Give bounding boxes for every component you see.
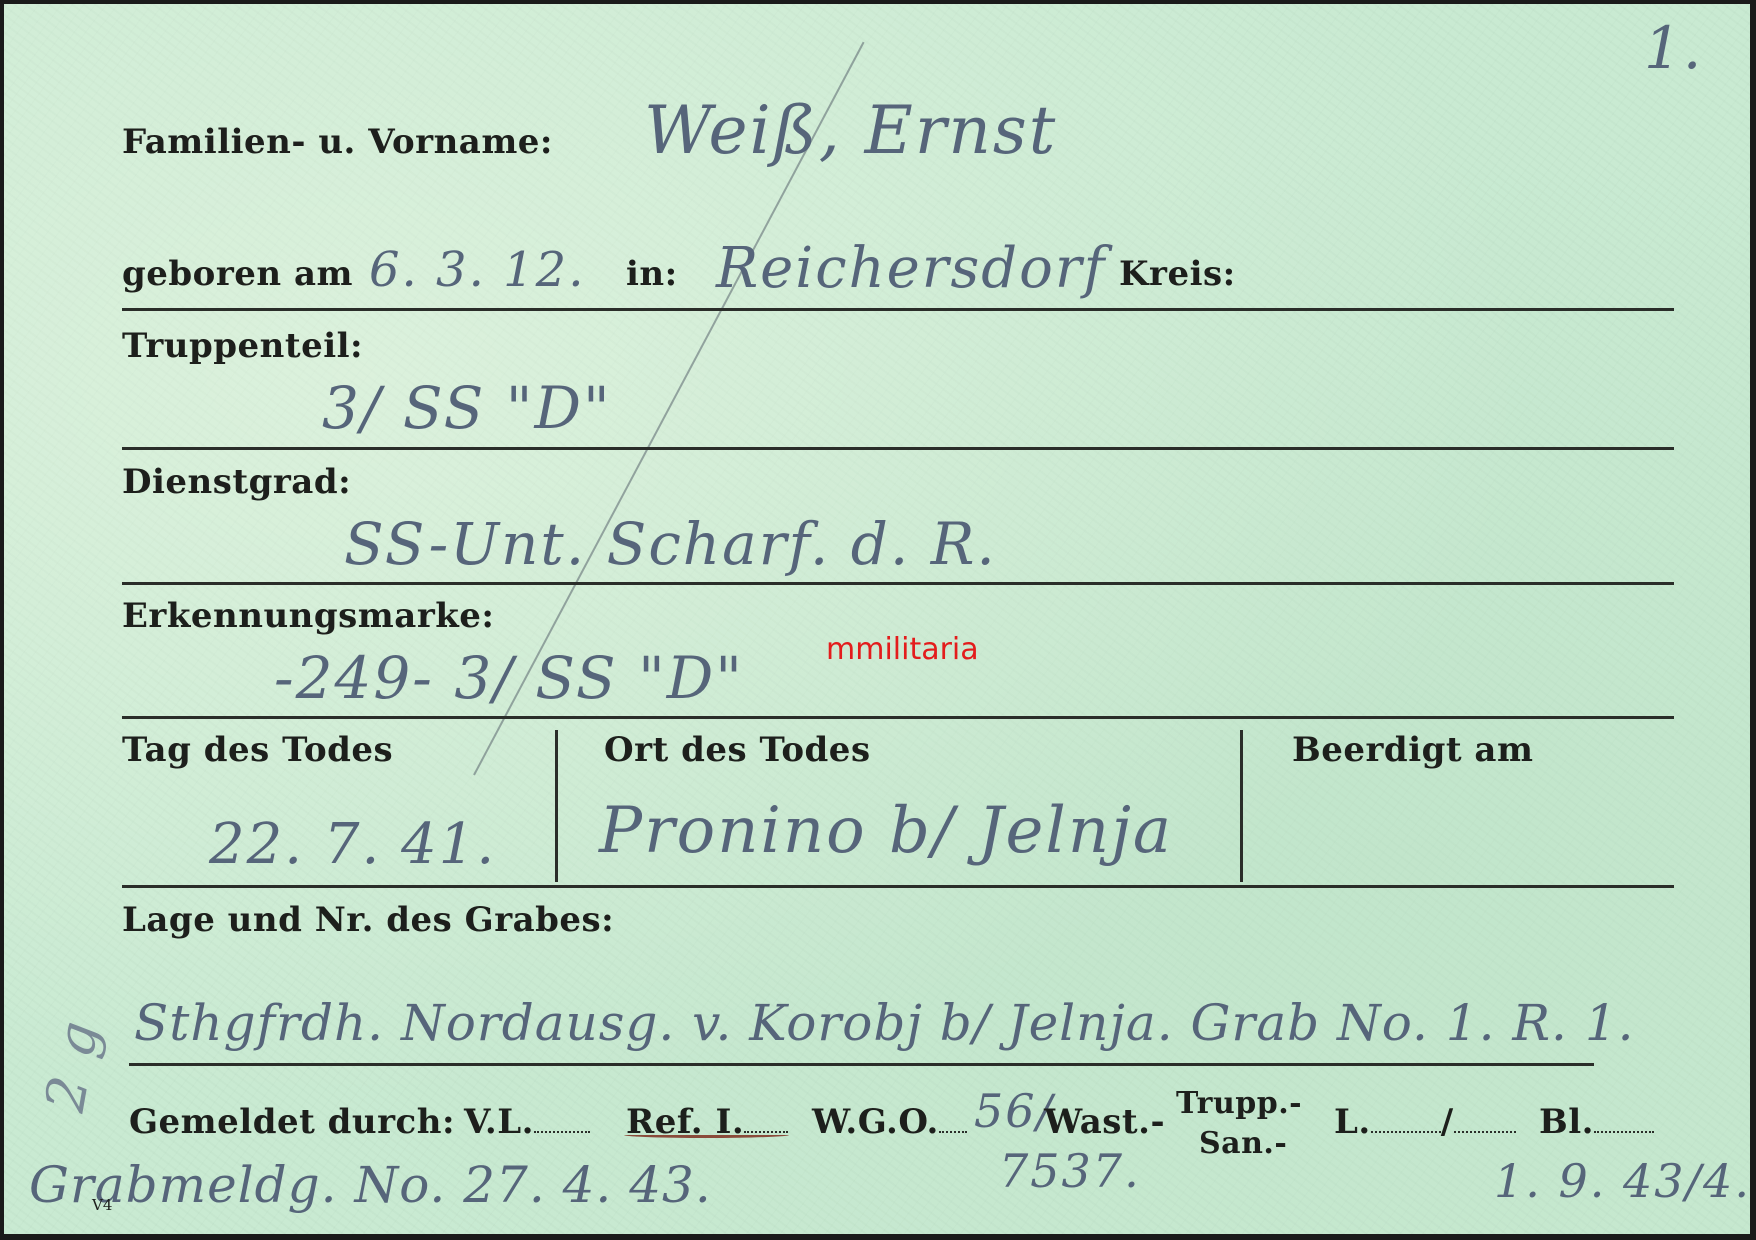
wgo-label: W.G.O. <box>812 1102 967 1142</box>
wgo-text: W.G.O. <box>812 1102 939 1142</box>
rule-grave <box>129 1063 1594 1066</box>
reported-by-label: Gemeldet durch: <box>129 1102 455 1142</box>
bl-label: Bl. <box>1539 1102 1654 1142</box>
death-place-value: Pronino b/ Jelnja <box>599 794 1173 868</box>
id-tag-value: -249- 3/ SS "D" <box>274 644 744 712</box>
trupp-label: Trupp.- <box>1176 1086 1302 1121</box>
form-code: V4 <box>92 1196 112 1214</box>
vl-text: V.L. <box>464 1102 534 1142</box>
l-text: L. <box>1334 1102 1371 1142</box>
born-in-value: Reichersdorf <box>716 236 1106 301</box>
born-on-value: 6. 3. 12. <box>369 242 585 298</box>
name-value: Weiß, Ernst <box>644 92 1057 169</box>
rule-rank <box>122 582 1674 585</box>
rule-death <box>122 885 1674 888</box>
rank-label: Dienstgrad: <box>122 462 351 502</box>
wast-value: 7537. <box>999 1144 1141 1198</box>
death-date-value: 22. 7. 41. <box>209 812 496 877</box>
bl-text: Bl. <box>1539 1102 1594 1142</box>
unit-label: Truppenteil: <box>122 326 363 366</box>
death-date-label: Tag des Todes <box>122 730 393 770</box>
rule-id-tag <box>122 716 1674 719</box>
grave-location-value: Sthgfrdh. Nordausg. v. Korobj b/ Jelnja.… <box>134 994 1635 1052</box>
rule-unit <box>122 447 1674 450</box>
l-label: L./ <box>1334 1102 1516 1142</box>
grave-location-label: Lage und Nr. des Grabes: <box>122 900 614 940</box>
id-tag-label: Erkennungsmarke: <box>122 596 494 636</box>
wast-label: Wast.- <box>1044 1102 1165 1142</box>
watermark: mmilitaria <box>826 632 979 667</box>
born-on-label: geboren am <box>122 254 353 294</box>
bl-value: 1. 9. 43/4. <box>1494 1154 1751 1208</box>
rank-value: SS-Unt. Scharf. d. R. <box>344 510 997 578</box>
ref-underline <box>624 1132 789 1138</box>
born-in-label: in: <box>626 254 678 294</box>
district-label: Kreis: <box>1119 254 1236 294</box>
page-number: 1. <box>1644 14 1703 82</box>
death-record-card: 1. Familien- u. Vorname: Weiß, Ernst geb… <box>4 4 1750 1234</box>
bottom-note: Grabmeldg. No. 27. 4. 43. <box>29 1156 712 1214</box>
name-label: Familien- u. Vorname: <box>122 122 553 162</box>
unit-value: 3/ SS "D" <box>322 374 612 442</box>
buried-on-label: Beerdigt am <box>1292 730 1533 770</box>
margin-note: 2 g <box>33 1015 111 1117</box>
divider-2 <box>1240 730 1243 882</box>
divider-1 <box>555 730 558 882</box>
wgo-value: 56/ <box>974 1084 1054 1138</box>
rule-born <box>122 308 1674 311</box>
vl-label: V.L. <box>464 1102 590 1142</box>
death-place-label: Ort des Todes <box>604 730 871 770</box>
san-label: San.- <box>1199 1126 1287 1161</box>
